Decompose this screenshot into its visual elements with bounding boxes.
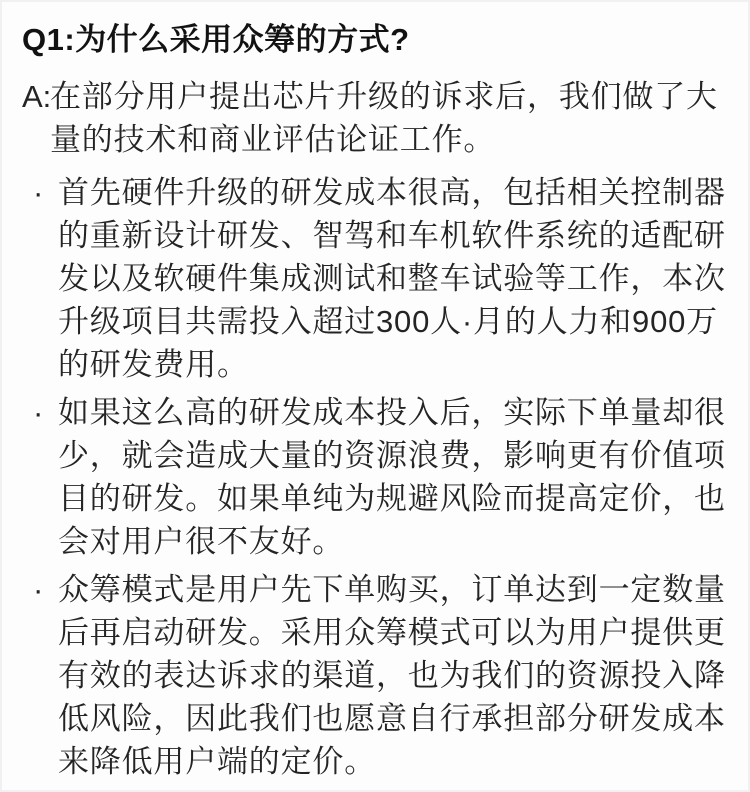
bullet-text: 如果这么高的研发成本投入后，实际下单量却很 少，就会造成大量的资源浪费，影响更有… bbox=[58, 391, 730, 563]
question-heading: Q1:为什么采用众筹的方式? bbox=[22, 18, 730, 62]
bullet-dot-icon: · bbox=[22, 391, 58, 434]
bullet-dot-icon: · bbox=[22, 568, 58, 611]
bullet-dot-icon: · bbox=[22, 171, 58, 214]
bullet-text: 众筹模式是用户先下单购买，订单达到一定数量 后再启动研发。采用众筹模式可以为用户… bbox=[58, 568, 730, 783]
bullet-item-risk: · 如果这么高的研发成本投入后，实际下单量却很 少，就会造成大量的资源浪费，影响… bbox=[22, 391, 730, 563]
qa-document-page: Q1:为什么采用众筹的方式? A: 在部分用户提出芯片升级的诉求后，我们做了大 … bbox=[0, 0, 750, 792]
question-label: Q1: bbox=[22, 22, 75, 57]
bullet-text: 首先硬件升级的研发成本很高，包括相关控制器 的重新设计研发、智驾和车机软件系统的… bbox=[58, 171, 730, 386]
answer-label: A: bbox=[22, 75, 50, 118]
answer-text: 在部分用户提出芯片升级的诉求后，我们做了大 量的技术和商业评估论证工作。 bbox=[50, 75, 730, 161]
answer-paragraph: A: 在部分用户提出芯片升级的诉求后，我们做了大 量的技术和商业评估论证工作。 bbox=[22, 75, 730, 161]
question-text: 为什么采用众筹的方式? bbox=[75, 22, 409, 57]
bullet-item-crowdfunding-model: · 众筹模式是用户先下单购买，订单达到一定数量 后再启动研发。采用众筹模式可以为… bbox=[22, 568, 730, 783]
bullet-item-cost: · 首先硬件升级的研发成本很高，包括相关控制器 的重新设计研发、智驾和车机软件系… bbox=[22, 171, 730, 386]
